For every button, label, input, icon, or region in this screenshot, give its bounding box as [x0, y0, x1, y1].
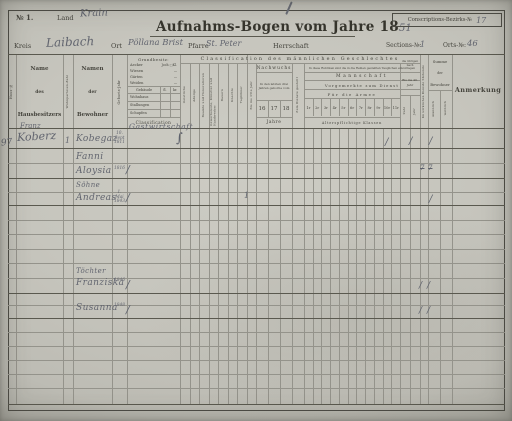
- ort-label: Ort: [111, 42, 122, 50]
- nachwuchs-unit: Jahre: [256, 118, 292, 127]
- tally-mark: /: [419, 306, 422, 316]
- tally-mark: /: [427, 306, 430, 316]
- age-class-cell: 7r: [356, 99, 365, 116]
- inhabitant-name: Aloysia: [76, 166, 112, 176]
- enrolled-column-label: Zum Dienste gestellt: [296, 77, 299, 113]
- sections-label: Sections-№:: [386, 42, 422, 49]
- grid-line-v: [374, 128, 375, 404]
- grid-line-h: [256, 72, 292, 73]
- land-holdings-rows: AeckerJoch □Kl.Wiesen—Gärten—Weiden—: [130, 63, 177, 85]
- tally-mark: /: [126, 191, 130, 204]
- grid-line-v: [452, 55, 453, 404]
- grid-line-v: [348, 128, 349, 404]
- occupation-entry: Gastwirtschaft: [129, 122, 193, 131]
- grid-line-h: [8, 374, 505, 375]
- owner-header-line: des: [35, 90, 44, 95]
- nachwuchs-note: In den letzten drei Jahren geborne vom: [257, 74, 291, 98]
- sum-header-line: Summe: [433, 59, 448, 64]
- land-row-label: Weiden: [130, 81, 143, 85]
- grid-line-h: [8, 249, 505, 250]
- birth-year-column-label: Geburts-Jahr: [118, 80, 122, 105]
- grid-line-h: [8, 128, 505, 129]
- land-row-value: —: [174, 69, 177, 73]
- category-column-label: Taglöhner: [240, 86, 243, 103]
- sum-header-line: Bewohner: [430, 82, 450, 87]
- tally-mark: /: [427, 281, 430, 291]
- grid-line-h: [8, 293, 505, 294]
- grid-line-v: [313, 128, 314, 404]
- property-box-title: Grundbesitz:: [127, 56, 180, 63]
- under-15-column-header: Bis ins 15te Jahr: [247, 64, 257, 126]
- nachwuchs-year-cells: 161718: [256, 100, 292, 117]
- older-group-column-label: Jahr: [413, 108, 416, 115]
- owner-column-header: Name des Hausbesitzers: [16, 66, 63, 118]
- age-class-cell: 8r: [365, 99, 374, 116]
- inhabitant-name: Fanni: [76, 152, 103, 162]
- enrolled-column-header: Zum Dienste gestellt: [292, 64, 304, 126]
- mannschaft-army: Für die Armee: [304, 90, 400, 98]
- grid-line-h: [8, 220, 505, 221]
- category-column-label: Knechte: [231, 88, 234, 102]
- tally-mark: 7: [420, 164, 424, 172]
- ort-value-handwritten: Pöllana Brist: [128, 38, 183, 48]
- category-column: Knechte: [228, 64, 238, 126]
- land-row: Wiesen—: [130, 69, 177, 73]
- inhabitant-birth-year: 1816: [112, 167, 127, 172]
- inhabitant-name: Andreas: [76, 193, 116, 203]
- grid-line-v: [268, 128, 269, 404]
- land-row-value: —: [174, 75, 177, 79]
- older-group-range: Bis ins 40. Jahr: [400, 72, 420, 93]
- sum-group-column: weiblich: [440, 91, 452, 126]
- owner-header-line: Name: [31, 66, 49, 72]
- sections-value-handwritten: 1: [420, 40, 425, 49]
- tally-mark: /: [126, 303, 130, 316]
- inhabitant-birth-year: 1. Mai 1843: [112, 191, 127, 205]
- category-column: Beamte und Honoratioren: [199, 64, 209, 126]
- category-column-label: Geistliche: [183, 86, 186, 103]
- tally-mark: /: [126, 278, 130, 291]
- land-row-value: Joch □Kl.: [162, 63, 177, 67]
- land-label: Land: [57, 14, 74, 22]
- grid-line-h: [8, 178, 505, 179]
- sum-group-header: Summe der Bewohner: [428, 59, 452, 87]
- inhabitant-name: Töchter: [76, 267, 106, 275]
- conscription-value-handwritten: 17: [476, 16, 486, 25]
- in-service-column-label: Im wirklichen Dienste Stehende: [422, 65, 425, 118]
- age-class-cell: 3r: [321, 99, 330, 116]
- remark-column-header: Anmerkung: [452, 84, 504, 96]
- grid-line-h: [8, 318, 505, 319]
- kreis-label: Kreis: [14, 42, 31, 50]
- tally-mark: /: [385, 137, 388, 148]
- grid-line-v: [440, 90, 441, 404]
- age-class-cell: 1r: [304, 99, 313, 116]
- grid-line-v: [321, 128, 322, 404]
- tally-mark: /: [409, 136, 412, 147]
- orts-label: Orts-№:: [443, 42, 466, 49]
- building-unit: kr.: [170, 87, 180, 93]
- category-column-label: Adelige: [193, 89, 196, 102]
- tally-mark: 7: [428, 164, 432, 172]
- inhabitants-header-line: der: [88, 90, 96, 95]
- grid-line-v: [391, 128, 392, 404]
- inhabitant-birth-year: 10. Sept 1811: [112, 132, 127, 146]
- grid-line-h: [8, 346, 505, 347]
- parties-column-header: Wohnparteien-Zahl: [63, 58, 73, 126]
- tally-mark: /: [429, 194, 432, 205]
- in-service-column-header: Im wirklichen Dienste Stehende: [420, 58, 428, 126]
- kreis-value-handwritten: Laibach: [46, 34, 95, 50]
- inhabitants-column-header: Namen der Bewohner: [73, 66, 112, 118]
- building-row-label: Wohnhaus: [130, 95, 148, 99]
- inhabitant-name: Söhne: [76, 181, 100, 189]
- herrschaft-label: Herrschaft: [273, 42, 309, 50]
- category-column: Gewerbsleute, Künstler und Handwerker: [209, 64, 219, 126]
- tally-mark: /: [126, 163, 130, 176]
- category-column: Taglöhner: [237, 64, 247, 126]
- age-class-cell: 4r: [330, 99, 339, 116]
- inhabitants-header-line: Namen: [82, 66, 104, 72]
- grid-line-v: [383, 128, 384, 404]
- grid-line-h: [8, 205, 505, 206]
- grid-line-h: [8, 148, 505, 149]
- grid-line-h: [8, 404, 505, 405]
- nachwuchs-year-cell: 16: [256, 100, 268, 117]
- category-column: Geistliche: [180, 64, 190, 126]
- age-class-caption: Alterspflichtige Klassen: [304, 118, 400, 127]
- inhabitant-birth-year: 1848: [112, 304, 127, 309]
- age-class-cell: 11r: [391, 99, 400, 116]
- building-unit: fl.: [160, 87, 170, 93]
- page-title: Aufnahms-Bogen vom Jahre 1851: [156, 19, 370, 35]
- grid-line-h: [8, 388, 505, 389]
- grid-line-h: [8, 234, 505, 235]
- nachwuchs-year-cell: 17: [268, 100, 280, 117]
- tally-mark: ∫: [176, 131, 183, 146]
- building-table-header: Gebäude: [129, 87, 159, 93]
- grid-line-h: [8, 360, 505, 361]
- land-row: AeckerJoch □Kl.: [130, 63, 177, 67]
- land-row: Gärten—: [130, 75, 177, 79]
- house-no-column-header: Haus-№: [8, 58, 16, 126]
- sum-group-column: männlich: [428, 91, 440, 126]
- conscription-label: Conscriptions-Bezirks-№: [408, 17, 472, 23]
- sum-group-column-label: männlich: [432, 101, 435, 117]
- category-column-label: Beamte und Honoratioren: [202, 73, 205, 117]
- land-row: Weiden—: [130, 81, 177, 85]
- title-underline: [150, 36, 355, 37]
- category-column-label: Bauern: [221, 89, 224, 101]
- page-title-text: Aufnahms-Bogen vom Jahre 18: [156, 19, 399, 35]
- under-15-column-label: Bis ins 15te Jahr: [250, 81, 253, 110]
- classification-banner: Classification des männlichen Geschlecht…: [180, 55, 420, 63]
- age-class-cell: 5r: [339, 99, 348, 116]
- grid-line-h: [8, 332, 505, 333]
- older-group-column-label: Zahl: [403, 107, 406, 114]
- building-row-label: Schupfen: [130, 111, 147, 115]
- grid-line-v: [356, 128, 357, 404]
- inhabitant-birth-year: 1846: [112, 279, 127, 284]
- nachwuchs-title: Nachwuchs: [256, 64, 292, 72]
- grid-line-h: [8, 263, 505, 264]
- orts-value-handwritten: 46: [467, 39, 478, 49]
- category-column-label: Gewerbsleute, Künstler und Handwerker: [210, 64, 217, 126]
- owner-header-line: Hausbesitzers: [18, 112, 62, 118]
- age-class-cells: 1r2r3r4r5r6r7r8r9r10r11r: [304, 99, 400, 116]
- age-class-cell: 2r: [313, 99, 322, 116]
- land-value-handwritten: Krain: [80, 8, 108, 20]
- older-group-note: die übrigen nach: [400, 57, 420, 70]
- form-number: № 1.: [16, 13, 33, 22]
- category-column: Bauern: [218, 64, 228, 126]
- age-class-cell: 6r: [348, 99, 357, 116]
- older-group-column: Jahr: [410, 96, 420, 126]
- parties-column-label: Wohnparteien-Zahl: [66, 75, 70, 108]
- inhabitants-header-line: Bewohner: [77, 112, 108, 118]
- owner-last-name-entry: Koberz: [17, 129, 57, 144]
- age-class-cell: 10r: [383, 99, 392, 116]
- building-row-label: Stallungen: [130, 103, 149, 107]
- nachwuchs-year-cell: 18: [280, 100, 292, 117]
- sum-group-column-label: weiblich: [444, 101, 447, 115]
- older-group-column: Zahl: [400, 96, 410, 126]
- birth-year-column-header: Geburts-Jahr: [112, 58, 127, 126]
- category-columns: GeistlicheAdeligeBeamte und Honoratioren…: [180, 64, 247, 126]
- sum-header-line: der: [437, 71, 442, 75]
- tally-mark: /: [429, 136, 432, 147]
- tally-mark: /: [419, 281, 422, 291]
- owner-first-name-entry: Franz: [20, 122, 41, 130]
- grid-line-v: [330, 128, 331, 404]
- house-no-column-label: Haus-№: [10, 84, 14, 99]
- category-column: Adelige: [190, 64, 200, 126]
- grid-line-v: [280, 128, 281, 404]
- land-row-label: Aecker: [130, 63, 143, 67]
- grid-line-v: [127, 55, 128, 404]
- land-row-label: Wiesen: [130, 69, 143, 73]
- tally-mark: 1: [244, 191, 249, 200]
- land-row-value: —: [174, 81, 177, 85]
- age-class-cell: 9r: [374, 99, 383, 116]
- house-number-entry: 97: [1, 137, 13, 148]
- grid-line-v: [339, 128, 340, 404]
- land-row-label: Gärten: [130, 75, 143, 79]
- grid-line-v: [365, 128, 366, 404]
- conscription-box: Conscriptions-Bezirks-№ 17: [392, 13, 502, 27]
- party-number-entry: 1: [65, 136, 70, 145]
- pfarre-value-handwritten: St. Peter: [206, 39, 241, 48]
